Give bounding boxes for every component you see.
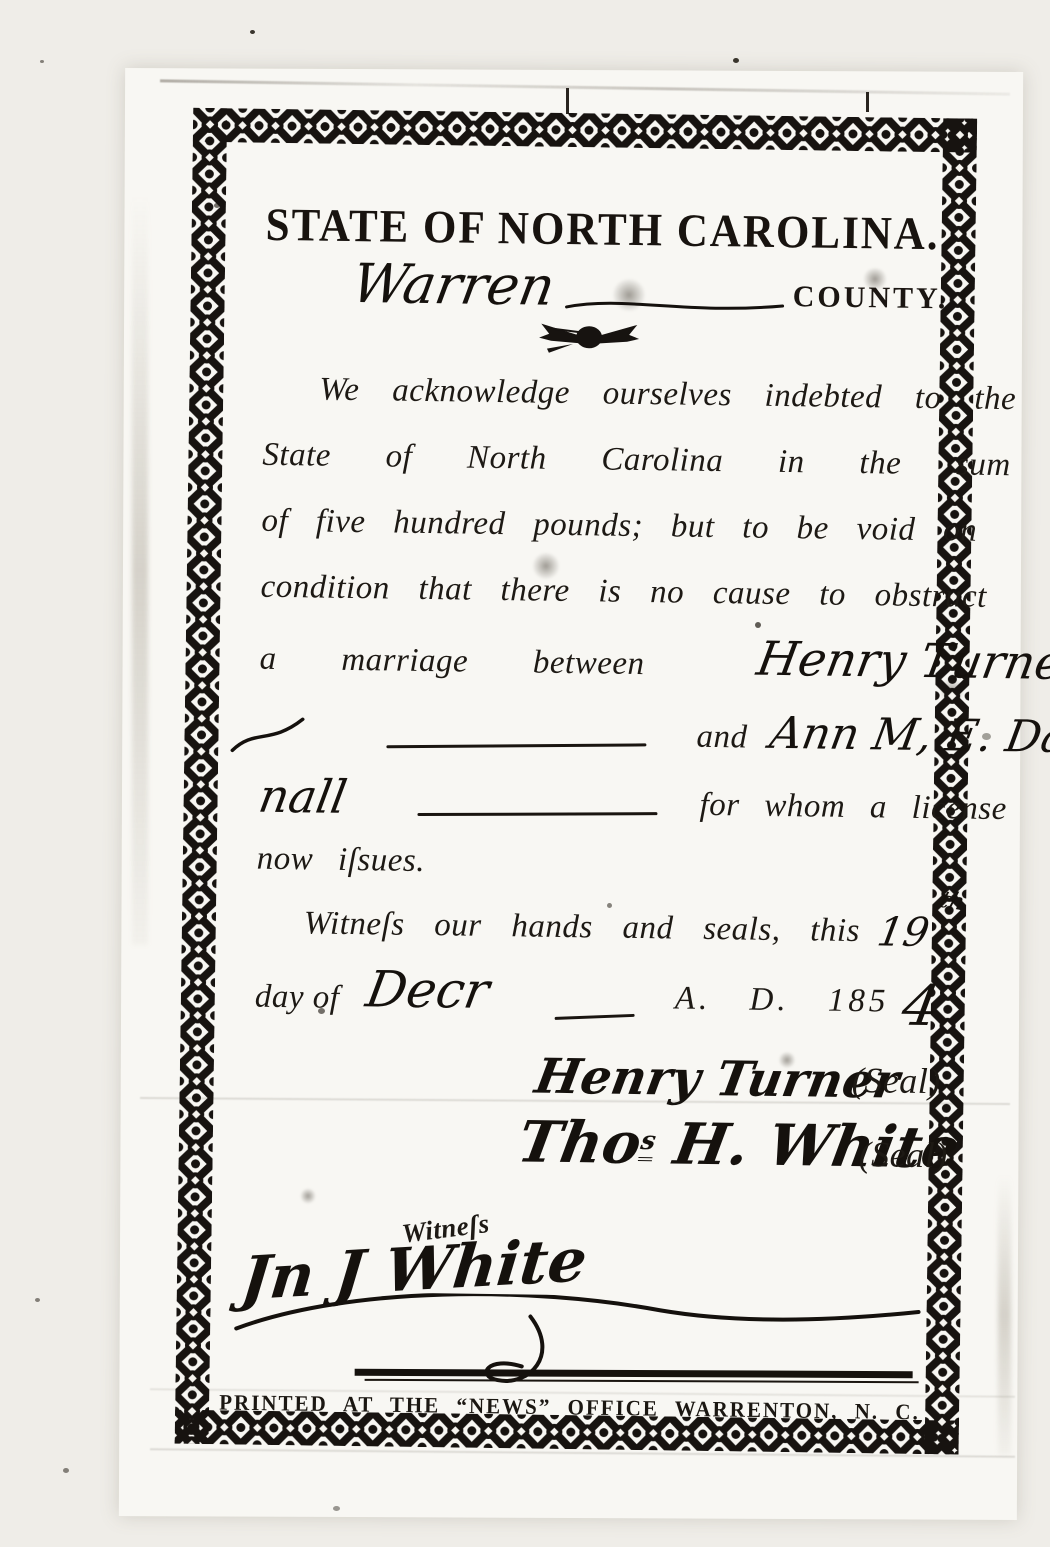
body-line-5: a marriage between Henry Turner xyxy=(259,635,906,716)
fleuron-ornament-icon xyxy=(264,315,911,369)
body-line-8: now iſsues. xyxy=(257,841,903,887)
handwritten-dash xyxy=(386,743,646,748)
document-content: STATE OF NORTH CAROLINA. Warren COUNTY. xyxy=(209,142,943,1420)
speck xyxy=(40,60,44,63)
bride-name-handwritten-part1: Ann M, E. Dar xyxy=(766,708,1050,763)
month-handwritten: Decr xyxy=(362,960,494,1020)
printed-text: A. D. 185 xyxy=(675,981,890,1021)
handwritten-dash xyxy=(417,812,657,816)
county-name-handwritten: Warren xyxy=(347,252,559,318)
body-line-1: We acknowledge ourselves indebted to the xyxy=(263,371,909,417)
printed-text: Witneſs our hands and seals, this xyxy=(304,905,860,950)
day-number-handwritten: 19 xyxy=(874,909,933,956)
flourish-line-icon xyxy=(564,293,784,320)
printed-text: for whom a license xyxy=(699,787,1007,828)
printed-text: day of xyxy=(255,979,340,1017)
seal-label: (Seal) xyxy=(851,1059,941,1102)
seal-label: (Seal) xyxy=(858,1133,948,1176)
speck xyxy=(63,1468,69,1473)
groom-name-handwritten: Henry Turner xyxy=(753,632,1050,691)
signature-line-bondsman: Thos H. White (Seal) xyxy=(252,1111,899,1200)
body-line-4: condition that there is no cause to obst… xyxy=(260,569,906,615)
body-line-2: State of North Carolina in the sum xyxy=(262,437,908,483)
bride-name-handwritten-part2: nall xyxy=(255,769,351,824)
speck xyxy=(250,30,255,34)
handwritten-dash xyxy=(555,1014,635,1020)
speck xyxy=(733,58,739,63)
ornamental-border-frame: STATE OF NORTH CAROLINA. Warren COUNTY. xyxy=(175,108,978,1455)
signature-groom: Henry Turner xyxy=(531,1049,904,1110)
body-line-3: of five hundred pounds; but to be void o… xyxy=(261,503,907,549)
witness-block: Witneſs Jn J White xyxy=(250,1211,898,1390)
speck xyxy=(35,1298,40,1302)
date-line: day of Decr A. D. 185 4 xyxy=(254,967,901,1056)
scanned-document-page: STATE OF NORTH CAROLINA. Warren COUNTY. xyxy=(0,0,1050,1547)
pen-hook-flourish-icon xyxy=(228,714,309,759)
county-label: COUNTY. xyxy=(792,280,948,316)
printed-text: a marriage between xyxy=(259,641,644,683)
printed-text: and xyxy=(696,719,748,757)
